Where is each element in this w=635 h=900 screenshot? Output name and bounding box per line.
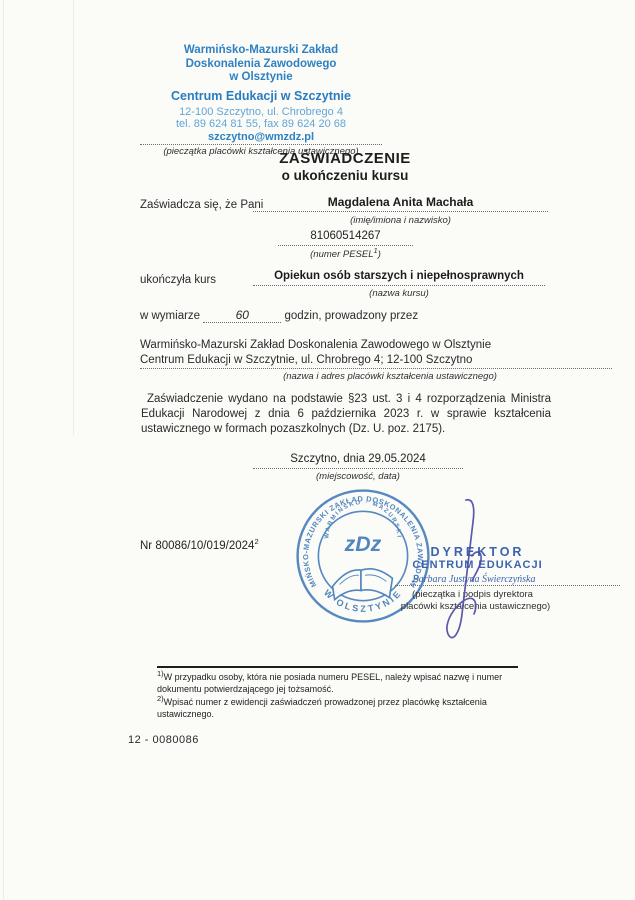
footnote-2-marker: 2) bbox=[157, 694, 164, 703]
footnote-2-text: Wpisać numer z ewidencji zaświadczeń pro… bbox=[157, 697, 487, 719]
course-name-field: Opiekun osób starszych i niepełnosprawny… bbox=[253, 266, 545, 286]
pesel-field: 81060514267 bbox=[278, 227, 413, 246]
certificate-number-sup: 2 bbox=[254, 537, 258, 546]
institution-phone: tel. 89 624 81 55, fax 89 624 20 68 bbox=[140, 118, 382, 131]
title-line2: o ukończeniu kursu bbox=[140, 168, 550, 183]
certificate-number: Nr 80086/10/019/20242 bbox=[140, 540, 259, 552]
hours-prefix: w wymiarze bbox=[140, 310, 200, 322]
place-date-caption: (miejscowość, data) bbox=[253, 471, 463, 482]
certificate-scan-page: Warmińsko-Mazurski Zakład Doskonalenia Z… bbox=[0, 0, 635, 900]
person-name-field: Magdalena Anita Machała bbox=[253, 192, 548, 212]
hours-row: w wymiarze 60 godzin, prowadzony przez bbox=[140, 308, 418, 323]
institution-header-stamp: Warmińsko-Mazurski Zakład Doskonalenia Z… bbox=[140, 44, 382, 157]
hours-value-field: 60 bbox=[203, 308, 281, 323]
footnote-1-marker: 1) bbox=[157, 669, 164, 678]
course-field-caption: (nazwa kursu) bbox=[253, 288, 545, 299]
institution-email: szczytno@wmzdz.pl bbox=[140, 131, 382, 145]
place-date-field: Szczytno, dnia 29.05.2024 bbox=[253, 450, 463, 469]
institution-center-name: Centrum Edukacji w Szczytnie bbox=[140, 89, 382, 103]
institution-address: 12-100 Szczytno, ul. Chrobrego 4 bbox=[140, 106, 382, 119]
provider-underline bbox=[140, 352, 612, 369]
seal-zdz-logo-text: zDz bbox=[344, 532, 382, 556]
document-title: ZAŚWIADCZENIE o ukończeniu kursu bbox=[140, 150, 550, 183]
footnote-1-text: W przypadku osoby, która nie posiada num… bbox=[157, 672, 502, 694]
footnote-divider bbox=[157, 666, 518, 668]
form-number: 12 - 0080086 bbox=[128, 734, 199, 746]
hours-suffix: godzin, prowadzony przez bbox=[284, 310, 418, 322]
footnote-1: 1)W przypadku osoby, która nie posiada n… bbox=[157, 672, 521, 695]
provider-caption: (nazwa i adres placówki kształcenia usta… bbox=[240, 371, 540, 382]
pesel-caption-text: (numer PESEL bbox=[310, 249, 373, 260]
institution-name-line2: Doskonalenia Zawodowego bbox=[140, 58, 382, 72]
footnotes-block: 1)W przypadku osoby, która nie posiada n… bbox=[157, 672, 521, 722]
open-book-icon bbox=[333, 569, 393, 600]
provider-line1: Warmińsko-Mazurski Zakład Doskonalenia Z… bbox=[140, 338, 580, 353]
name-field-caption: (imię/imiona i nazwisko) bbox=[253, 215, 548, 226]
course-label: ukończyła kurs bbox=[140, 274, 216, 286]
handwritten-signature bbox=[430, 494, 494, 652]
pesel-caption-close: ) bbox=[378, 249, 381, 260]
pesel-field-caption: (numer PESEL1) bbox=[253, 249, 438, 260]
scan-edge-left bbox=[3, 0, 4, 900]
director-signature-line bbox=[395, 571, 620, 586]
title-line1: ZAŚWIADCZENIE bbox=[140, 150, 550, 167]
certify-label: Zaświadcza się, że Pani bbox=[140, 199, 263, 211]
certificate-number-text: Nr 80086/10/019/2024 bbox=[140, 540, 254, 552]
legal-basis-paragraph: Zaświadczenie wydano na podstawie §23 us… bbox=[141, 392, 551, 437]
footnote-2: 2)Wpisać numer z ewidencji zaświadczeń p… bbox=[157, 697, 521, 720]
institution-name-line1: Warmińsko-Mazurski Zakład bbox=[140, 44, 382, 58]
institution-name-line3: w Olsztynie bbox=[140, 71, 382, 85]
scan-paper-fold-line bbox=[73, 0, 74, 435]
